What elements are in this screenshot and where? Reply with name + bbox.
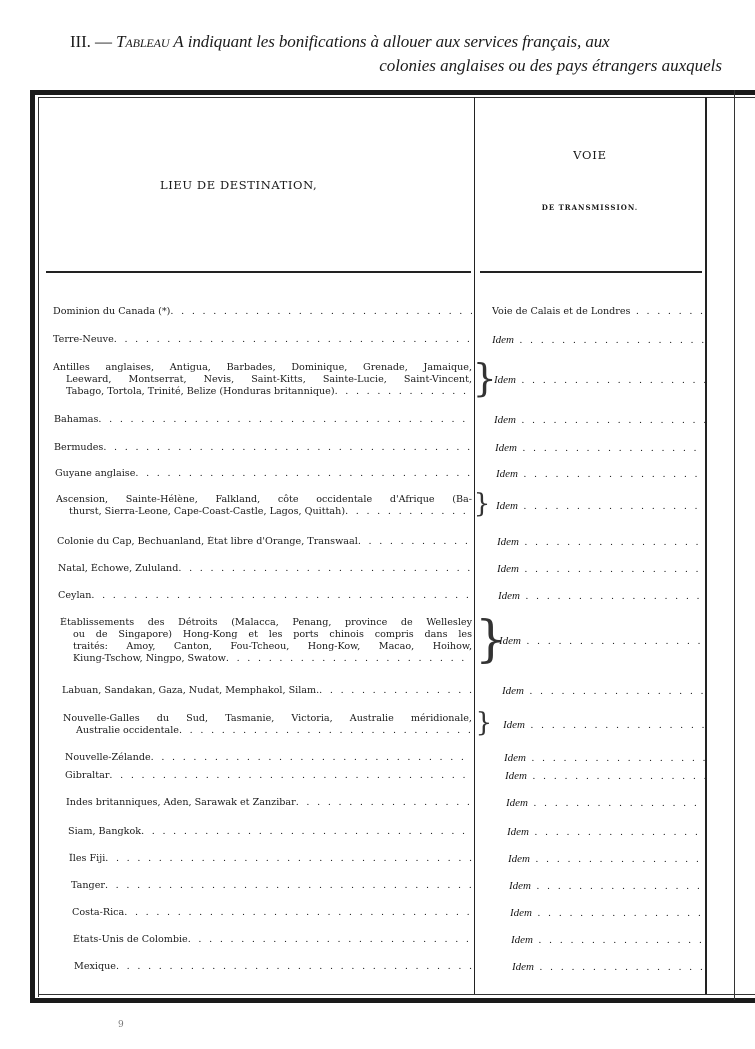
destination-cell: Labuan, Sandakan, Gaza, Nudat, Memphakol… — [62, 685, 472, 697]
brace-icon: } — [474, 492, 491, 516]
transmission-route: Idem — [495, 442, 517, 454]
transmission-route: Idem — [494, 374, 516, 386]
header-rule-right — [480, 271, 702, 273]
dot-leader: . . . . . . . . . . . . . . . . . . . . … — [519, 564, 705, 575]
destination-line: Antilles anglaises, Antigua, Barbades, D… — [53, 362, 472, 374]
destination-line: Mexique. . . . . . . . . . . . . . . . .… — [74, 961, 472, 973]
dot-leader: . . . . . . . . . . . . . . . . . . . . … — [525, 720, 705, 731]
transmission-cell: Idem . . . . . . . . . . . . . . . . . .… — [503, 719, 705, 732]
dot-leader: . . . . . . . . . . . . . . . . . . . . … — [179, 725, 472, 736]
column-divider-cutoff — [734, 90, 735, 1000]
destination-cell: Costa-Rica. . . . . . . . . . . . . . . … — [72, 907, 472, 919]
destination-cell: Nouvelle-Zélande. . . . . . . . . . . . … — [65, 752, 472, 764]
destination-cell: Bermudes. . . . . . . . . . . . . . . . … — [54, 442, 472, 454]
destination-line: Costa-Rica. . . . . . . . . . . . . . . … — [72, 907, 472, 919]
destination-line: thurst, Sierra-Leone, Cape-Coast-Castle,… — [56, 506, 472, 518]
transmission-cell: Idem . . . . . . . . . . . . . . . . . .… — [499, 635, 705, 648]
destination-cell: Tanger. . . . . . . . . . . . . . . . . … — [71, 880, 472, 892]
destination-line: Labuan, Sandakan, Gaza, Nudat, Memphakol… — [62, 685, 472, 697]
transmission-cell: Idem . . . . . . . . . . . . . . . . . .… — [502, 685, 705, 698]
destination-line: Natal, Échowe, Zululand. . . . . . . . .… — [58, 563, 472, 575]
transmission-route: Idem — [511, 934, 533, 946]
transmission-cell: Idem . . . . . . . . . . . . . . . . . .… — [492, 334, 705, 347]
dot-leader: . . . . . . . . . . . . . . . . . . . . … — [141, 826, 472, 837]
dot-leader: . . . . . . . . . . . . . . . . . . . . … — [528, 798, 705, 809]
dot-leader: . . . . . . . . . . . . . . . . . . . . … — [521, 636, 705, 647]
destination-cell: Ceylan. . . . . . . . . . . . . . . . . … — [58, 590, 472, 602]
dot-leader: . . . . . . . . . . . . . . . . . . . . … — [124, 907, 472, 918]
destination-cell: Indes britanniques, Aden, Sarawak et Zan… — [66, 797, 472, 809]
column-header-transmission-line-1: VOIE — [475, 148, 705, 162]
destination-cell: Mexique. . . . . . . . . . . . . . . . .… — [74, 961, 472, 973]
destination-cell: Siam, Bangkok. . . . . . . . . . . . . .… — [68, 826, 472, 838]
transmission-cell: Idem . . . . . . . . . . . . . . . . . .… — [494, 374, 705, 387]
dot-leader: . . . . . . . . . . . . . . . . . . . . … — [524, 686, 705, 697]
dot-leader: . . . . . . . . . . . . . . . . . . . . … — [518, 501, 705, 512]
dot-leader: . . . . . . . . . . . . . . . . . . . . … — [103, 442, 472, 453]
column-divider-transmission — [705, 97, 707, 994]
destination-line: Ceylan. . . . . . . . . . . . . . . . . … — [58, 590, 472, 602]
dot-leader: . . . . . . . . . . . . . . . . . . . . … — [517, 443, 705, 454]
column-header-transmission-line-2: DE TRANSMISSION. — [475, 203, 705, 212]
transmission-cell: Idem . . . . . . . . . . . . . . . . . .… — [512, 961, 705, 974]
destination-line: Dominion du Canada (*). . . . . . . . . … — [53, 306, 472, 318]
table-border-left — [30, 90, 35, 1001]
destination-line: Siam, Bangkok. . . . . . . . . . . . . .… — [68, 826, 472, 838]
dot-leader: . . . . . . . . . . . . . . . . . . . . … — [516, 375, 705, 386]
dot-leader: . . . . . . . . . . . . . . . . . . . . … — [532, 908, 705, 919]
brace-icon: } — [475, 615, 507, 663]
destination-line: traités: Amoy, Canton, Fou-Tcheou, Hong-… — [60, 641, 472, 653]
destination-line: Terre-Neuve. . . . . . . . . . . . . . .… — [53, 334, 472, 346]
destination-cell: Guyane anglaise. . . . . . . . . . . . .… — [55, 468, 472, 480]
dot-leader: . . . . . . . . . . . . . . . . . . . . … — [630, 306, 705, 317]
transmission-cell: Idem . . . . . . . . . . . . . . . . . .… — [497, 563, 705, 576]
dot-leader: . . . . . . . . . . . . . . . . . . . . … — [519, 537, 705, 548]
dot-leader: . . . . . . . . . . . . . . . . . . . . … — [178, 563, 472, 574]
brace-icon: } — [473, 360, 497, 396]
dot-leader: . . . . . . . . . . . . . . . . . . . . … — [135, 468, 472, 479]
transmission-cell: Idem . . . . . . . . . . . . . . . . . .… — [495, 442, 705, 455]
dot-leader: . . . . . . . . . . . . . . . . . . . . … — [105, 853, 472, 864]
dot-leader: . . . . . . . . . . . . . . . . . . . . … — [109, 770, 472, 781]
dot-leader: . . . . . . . . . . . . . . . . . . . . … — [529, 827, 705, 838]
dot-leader: . . . . . . . . . . . . . . . . . . . . … — [527, 771, 705, 782]
column-divider-destination — [474, 97, 475, 994]
transmission-cell: Idem . . . . . . . . . . . . . . . . . .… — [506, 797, 705, 810]
transmission-cell: Idem . . . . . . . . . . . . . . . . . .… — [510, 907, 705, 920]
dot-leader: . . . . . . . . . . . . . . . . . . . . … — [533, 935, 705, 946]
brace-icon: } — [476, 711, 493, 735]
destination-line: Nouvelle-Galles du Sud, Tasmanie, Victor… — [63, 713, 472, 725]
dot-leader: . . . . . . . . . . . . . . . . . . . . … — [516, 415, 705, 426]
destination-line: Îles Fiji. . . . . . . . . . . . . . . .… — [69, 853, 472, 865]
dot-leader: . . . . . . . . . . . . . . . . . . . . … — [526, 753, 705, 764]
destination-line: Indes britanniques, Aden, Sarawak et Zan… — [66, 797, 472, 809]
transmission-route: Idem — [494, 414, 516, 426]
transmission-cell: Idem . . . . . . . . . . . . . . . . . .… — [509, 880, 705, 893]
destination-cell: Établissements des Détroits (Malacca, Pe… — [60, 617, 472, 665]
transmission-route: Idem — [510, 907, 532, 919]
dot-leader: . . . . . . . . . . . . . . . . . . . . … — [114, 334, 472, 345]
destination-line: ou de Singapore) Hong-Kong et les ports … — [60, 629, 472, 641]
transmission-route: Idem — [504, 752, 526, 764]
destination-line: Tanger. . . . . . . . . . . . . . . . . … — [71, 880, 472, 892]
transmission-route: Voie de Calais et de Londres — [492, 306, 630, 317]
dot-leader: . . . . . . . . . . . . . . . . . . . . … — [345, 506, 472, 517]
transmission-route: Idem — [506, 797, 528, 809]
transmission-route: Idem — [497, 563, 519, 575]
dot-leader: . . . . . . . . . . . . . . . . . . . . … — [116, 961, 472, 972]
transmission-route: Idem — [512, 961, 534, 973]
transmission-cell: Idem . . . . . . . . . . . . . . . . . .… — [494, 414, 705, 427]
transmission-route: Idem — [497, 536, 519, 548]
destination-cell: Dominion du Canada (*). . . . . . . . . … — [53, 306, 472, 318]
dot-leader: . . . . . . . . . . . . . . . . . . . . … — [91, 590, 472, 601]
transmission-cell: Idem . . . . . . . . . . . . . . . . . .… — [508, 853, 705, 866]
destination-cell: Terre-Neuve. . . . . . . . . . . . . . .… — [53, 334, 472, 346]
destination-cell: Natal, Échowe, Zululand. . . . . . . . .… — [58, 563, 472, 575]
dot-leader: . . . . . . . . . . . . . . . . . . . . … — [151, 752, 472, 763]
transmission-cell: Idem . . . . . . . . . . . . . . . . . .… — [505, 770, 705, 783]
dot-leader: . . . . . . . . . . . . . . . . . . . . … — [530, 854, 705, 865]
destination-line: Bahamas. . . . . . . . . . . . . . . . .… — [54, 414, 472, 426]
dot-leader: . . . . . . . . . . . . . . . . . . . . … — [335, 386, 472, 397]
dot-leader: . . . . . . . . . . . . . . . . . . . . … — [98, 414, 472, 425]
transmission-cell: Idem . . . . . . . . . . . . . . . . . .… — [496, 500, 705, 513]
transmission-cell: Idem . . . . . . . . . . . . . . . . . .… — [497, 536, 705, 549]
transmission-cell: Voie de Calais et de Londres . . . . . .… — [492, 306, 705, 318]
destination-cell: Nouvelle-Galles du Sud, Tasmanie, Victor… — [63, 713, 472, 737]
destination-line: Leeward, Montserrat, Nevis, Saint-Kitts,… — [53, 374, 472, 386]
destination-line: Bermudes. . . . . . . . . . . . . . . . … — [54, 442, 472, 454]
destination-line: Colonie du Cap, Bechuanland, État libre … — [57, 536, 472, 548]
transmission-route: Idem — [507, 826, 529, 838]
caption-number: III. — — [70, 32, 112, 51]
destination-cell: Bahamas. . . . . . . . . . . . . . . . .… — [54, 414, 472, 426]
dot-leader: . . . . . . . . . . . . . . . . . . . . … — [518, 469, 705, 480]
dot-leader: . . . . . . . . . . . . . . . . . . . . … — [226, 653, 472, 664]
caption-text: indiquant les bonifications à allouer au… — [188, 32, 610, 51]
header-rule-left — [46, 271, 471, 273]
transmission-cell: Idem . . . . . . . . . . . . . . . . . .… — [511, 934, 705, 947]
destination-line: Guyane anglaise. . . . . . . . . . . . .… — [55, 468, 472, 480]
table-border-top-inner — [38, 97, 755, 98]
page-mark: 9 — [118, 1020, 124, 1030]
dot-leader: . . . . . . . . . . . . . . . . . . . . … — [188, 934, 472, 945]
dot-leader: . . . . . . . . . . . . . . . . . . . . … — [534, 962, 705, 973]
transmission-route: Idem — [509, 880, 531, 892]
transmission-route: Idem — [498, 590, 520, 602]
destination-cell: Antilles anglaises, Antigua, Barbades, D… — [53, 362, 472, 398]
destination-line: Établissements des Détroits (Malacca, Pe… — [60, 617, 472, 629]
destination-line: Tabago, Tortola, Trinité, Belize (Hondur… — [53, 386, 472, 398]
transmission-route: Idem — [502, 685, 524, 697]
destination-cell: Colonie du Cap, Bechuanland, État libre … — [57, 536, 472, 548]
caption-line-1: III. — Tableau A indiquant les bonificat… — [70, 30, 610, 54]
destination-line: Gibraltar. . . . . . . . . . . . . . . .… — [65, 770, 472, 782]
dot-leader: . . . . . . . . . . . . . . . . . . . . … — [514, 335, 705, 346]
transmission-cell: Idem . . . . . . . . . . . . . . . . . .… — [498, 590, 705, 603]
destination-cell: Ascension, Sainte-Hélène, Falkland, côte… — [56, 494, 472, 518]
transmission-route: Idem — [496, 500, 518, 512]
caption-line-2: colonies anglaises ou des pays étrangers… — [379, 54, 722, 78]
transmission-route: Idem — [492, 334, 514, 346]
transmission-route: Idem — [503, 719, 525, 731]
dot-leader: . . . . . . . . . . . . . . . . . . . . … — [520, 591, 705, 602]
dot-leader: . . . . . . . . . . . . . . . . . . . . … — [358, 536, 472, 547]
dot-leader: . . . . . . . . . . . . . . . . . . . . … — [105, 880, 472, 891]
transmission-cell: Idem . . . . . . . . . . . . . . . . . .… — [496, 468, 705, 481]
table-border-top — [30, 90, 755, 95]
destination-line: Kiung-Tschow, Ningpo, Swatow. . . . . . … — [60, 653, 472, 665]
destination-cell: États-Unis de Colombie. . . . . . . . . … — [73, 934, 472, 946]
transmission-cell: Idem . . . . . . . . . . . . . . . . . .… — [504, 752, 705, 765]
destination-line: États-Unis de Colombie. . . . . . . . . … — [73, 934, 472, 946]
dot-leader: . . . . . . . . . . . . . . . . . . . . … — [170, 306, 472, 317]
table-border-bottom — [30, 998, 755, 1003]
destination-cell: Gibraltar. . . . . . . . . . . . . . . .… — [65, 770, 472, 782]
transmission-cell: Idem . . . . . . . . . . . . . . . . . .… — [507, 826, 705, 839]
caption-label: Tableau A — [116, 32, 184, 51]
table-border-bottom-inner — [38, 994, 755, 995]
column-header-destination: LIEU DE DESTINATION, — [160, 178, 317, 192]
transmission-route: Idem — [508, 853, 530, 865]
destination-cell: Îles Fiji. . . . . . . . . . . . . . . .… — [69, 853, 472, 865]
destination-line: Nouvelle-Zélande. . . . . . . . . . . . … — [65, 752, 472, 764]
transmission-route: Idem — [496, 468, 518, 480]
dot-leader: . . . . . . . . . . . . . . . . . . . . … — [319, 685, 472, 696]
table-border-left-inner — [38, 97, 39, 997]
destination-line: Ascension, Sainte-Hélène, Falkland, côte… — [56, 494, 472, 506]
dot-leader: . . . . . . . . . . . . . . . . . . . . … — [296, 797, 472, 808]
destination-line: Australie occidentale. . . . . . . . . .… — [63, 725, 472, 737]
dot-leader: . . . . . . . . . . . . . . . . . . . . … — [531, 881, 705, 892]
transmission-route: Idem — [505, 770, 527, 782]
